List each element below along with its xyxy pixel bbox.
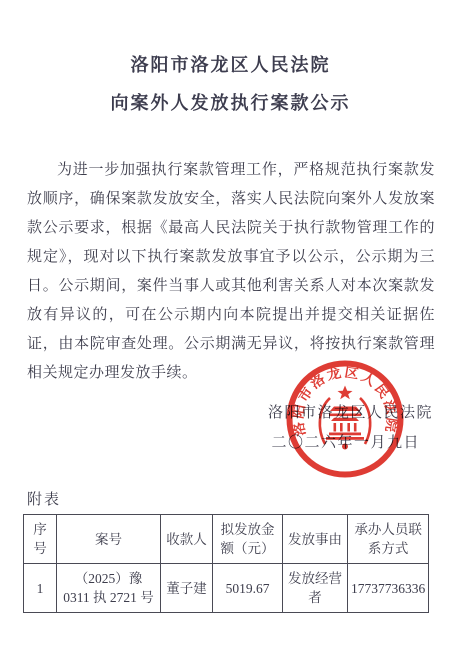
header-serial-number: 序号: [24, 515, 57, 564]
cell-amount: 5019.67: [213, 564, 283, 613]
cell-serial-number: 1: [24, 564, 57, 613]
header-case-number: 案号: [57, 515, 161, 564]
cell-payee: 董子建: [161, 564, 213, 613]
table-row: 1 （2025）豫 0311 执 2721 号 董子建 5019.67 发放经营…: [24, 564, 429, 613]
signature-date: 二〇二六年一月九日: [271, 431, 420, 452]
notice-title: 向案外人发放执行案款公示: [0, 89, 461, 115]
cell-case-number: （2025）豫 0311 执 2721 号: [57, 564, 161, 613]
table-header-row: 序号 案号 收款人 拟发放金额（元） 发放事由 承办人员联系方式: [24, 515, 429, 564]
header-contact: 承办人员联系方式: [348, 515, 429, 564]
cell-contact: 17737736336: [348, 564, 429, 613]
header-reason: 发放事由: [283, 515, 348, 564]
header-payee: 收款人: [161, 515, 213, 564]
signature-court: 洛阳市洛龙区人民法院: [268, 401, 433, 422]
header-amount: 拟发放金额（元）: [213, 515, 283, 564]
notice-page: 洛阳市洛龙区人民法院 向案外人发放执行案款公示 为进一步加强执行案款管理工作，严…: [0, 0, 461, 650]
payout-table: 序号 案号 收款人 拟发放金额（元） 发放事由 承办人员联系方式 1 （2025…: [23, 514, 429, 613]
attachment-label: 附表: [27, 488, 61, 509]
court-title: 洛阳市洛龙区人民法院: [0, 51, 461, 77]
cell-reason: 发放经营者: [283, 564, 348, 613]
notice-body: 为进一步加强执行案款管理工作，严格规范执行案款发放顺序，确保案款发放安全，落实人…: [27, 156, 435, 388]
